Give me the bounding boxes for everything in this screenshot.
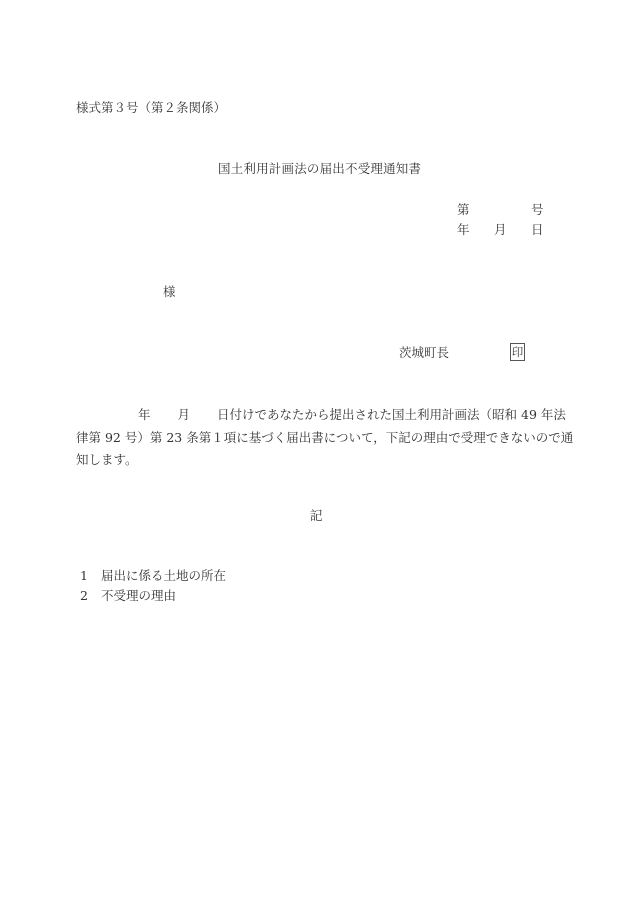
seal-stamp-icon: 印 — [510, 343, 525, 361]
body-year-label: 年 — [138, 407, 151, 422]
reference-number-suffix: 号 — [531, 202, 544, 218]
date-year-label: 年 — [457, 222, 470, 238]
form-number: 様式第３号（第２条関係） — [76, 100, 226, 116]
list-item-number: 2 — [80, 588, 101, 604]
body-month-label: 月 — [178, 407, 191, 422]
document-title: 国土利用計画法の届出不受理通知書 — [218, 161, 421, 177]
list-item: 1届出に係る土地の所在 — [80, 568, 226, 584]
body-line-3: 知します。 — [76, 449, 548, 472]
list-item-number: 1 — [80, 568, 101, 584]
body-line-1: 年月日付けであなたから提出された国土利用計画法（昭和 49 年法 — [76, 404, 548, 427]
reference-number-prefix: 第 — [457, 202, 470, 218]
date-day-label: 日 — [531, 222, 544, 238]
list-item-label: 届出に係る土地の所在 — [101, 568, 226, 583]
list-item: 2不受理の理由 — [80, 588, 176, 604]
body-line-1-text: 日付けであなたから提出された国土利用計画法（昭和 49 年法 — [217, 407, 566, 422]
body-line-2: 律第 92 号）第 23 条第１項に基づく届出書について，下記の理由で受理できな… — [76, 427, 548, 450]
notice-body: 年月日付けであなたから提出された国土利用計画法（昭和 49 年法 律第 92 号… — [76, 404, 548, 472]
list-item-label: 不受理の理由 — [101, 588, 176, 603]
addressee-honorific: 様 — [163, 284, 176, 300]
issuer-name: 茨城町長 — [399, 345, 449, 361]
ki-heading: 記 — [310, 508, 323, 524]
date-month-label: 月 — [494, 222, 507, 238]
